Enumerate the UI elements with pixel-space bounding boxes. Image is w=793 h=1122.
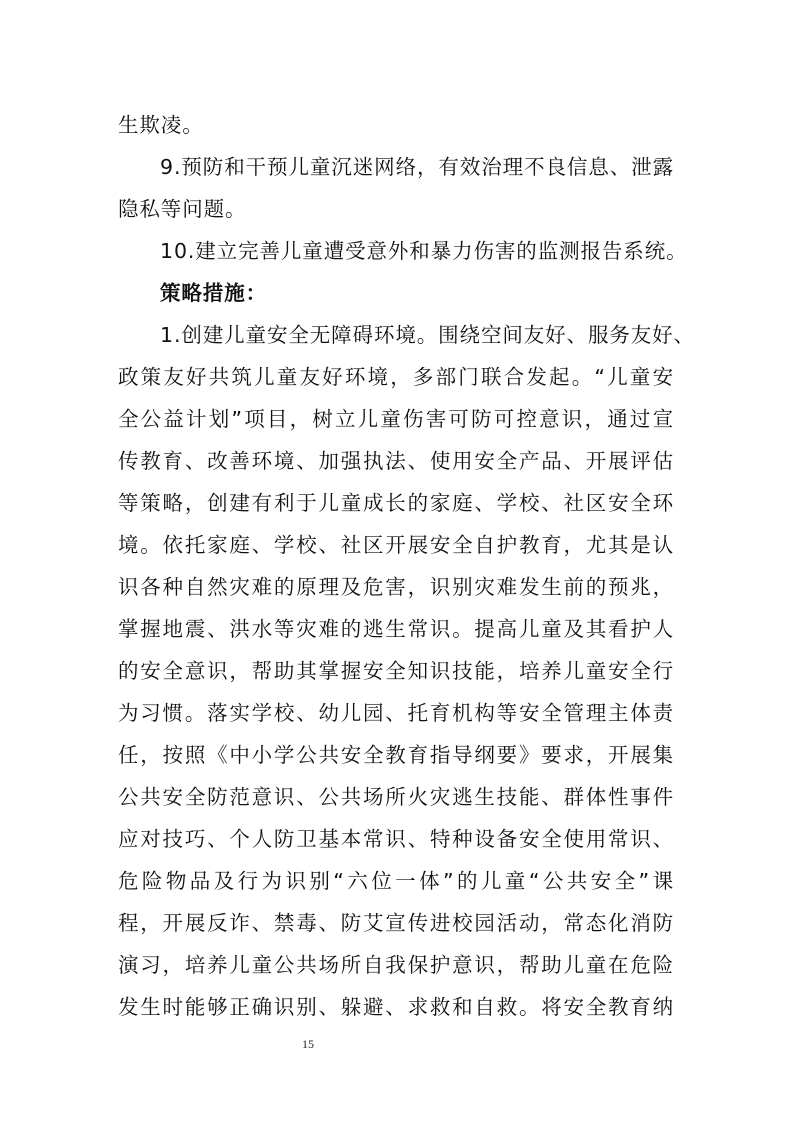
paragraph-line: 掌握地震、洪水等灾难的逃生常识。提高儿童及其看护人 <box>118 614 674 644</box>
paragraph-line: 应对技巧、个人防卫基本常识、特种设备安全使用常识、 <box>118 824 674 854</box>
paragraph-line: 传教育、改善环境、加强执法、使用安全产品、开展评估 <box>118 446 674 476</box>
paragraph-line: 生欺凌。 <box>118 110 674 140</box>
paragraph-line: 公共安全防范意识、公共场所火灾逃生技能、群体性事件 <box>118 782 674 812</box>
paragraph-line: 10.建立完善儿童遭受意外和暴力伤害的监测报告系统。 <box>160 236 674 266</box>
paragraph-line: 全公益计划”项目，树立儿童伤害可防可控意识，通过宣 <box>118 404 674 434</box>
paragraph-line: 识各种自然灾难的原理及危害，识别灾难发生前的预兆， <box>118 572 674 602</box>
paragraph-line: 为习惯。落实学校、幼儿园、托育机构等安全管理主体责 <box>118 698 674 728</box>
paragraph-line: 1.创建儿童安全无障碍环境。围绕空间友好、服务友好、 <box>160 320 674 350</box>
paragraph-line: 等策略，创建有利于儿童成长的家庭、学校、社区安全环 <box>118 488 674 518</box>
paragraph-line: 9.预防和干预儿童沉迷网络，有效治理不良信息、泄露 <box>160 152 674 182</box>
paragraph-line: 演习，培养儿童公共场所自我保护意识，帮助儿童在危险 <box>118 950 674 980</box>
paragraph-line: 境。依托家庭、学校、社区开展安全自护教育，尤其是认 <box>118 530 674 560</box>
paragraph-line: 政策友好共筑儿童友好环境，多部门联合发起。“儿童安 <box>118 362 674 392</box>
page-number: 15 <box>296 1037 320 1052</box>
paragraph-line: 危险物品及行为识别“六位一体”的儿童“公共安全”课 <box>118 866 674 896</box>
paragraph-line: 的安全意识，帮助其掌握安全知识技能，培养儿童安全行 <box>118 656 674 686</box>
paragraph-line: 程，开展反诈、禁毒、防艾宣传进校园活动，常态化消防 <box>118 908 674 938</box>
paragraph-line: 隐私等问题。 <box>118 194 674 224</box>
document-page: 生欺凌。 9.预防和干预儿童沉迷网络，有效治理不良信息、泄露 隐私等问题。 10… <box>0 0 793 1122</box>
paragraph-line: 发生时能够正确识别、躲避、求救和自救。将安全教育纳 <box>118 992 674 1022</box>
section-heading: 策略措施： <box>160 278 674 308</box>
paragraph-line: 任，按照《中小学公共安全教育指导纲要》要求，开展集 <box>118 740 674 770</box>
